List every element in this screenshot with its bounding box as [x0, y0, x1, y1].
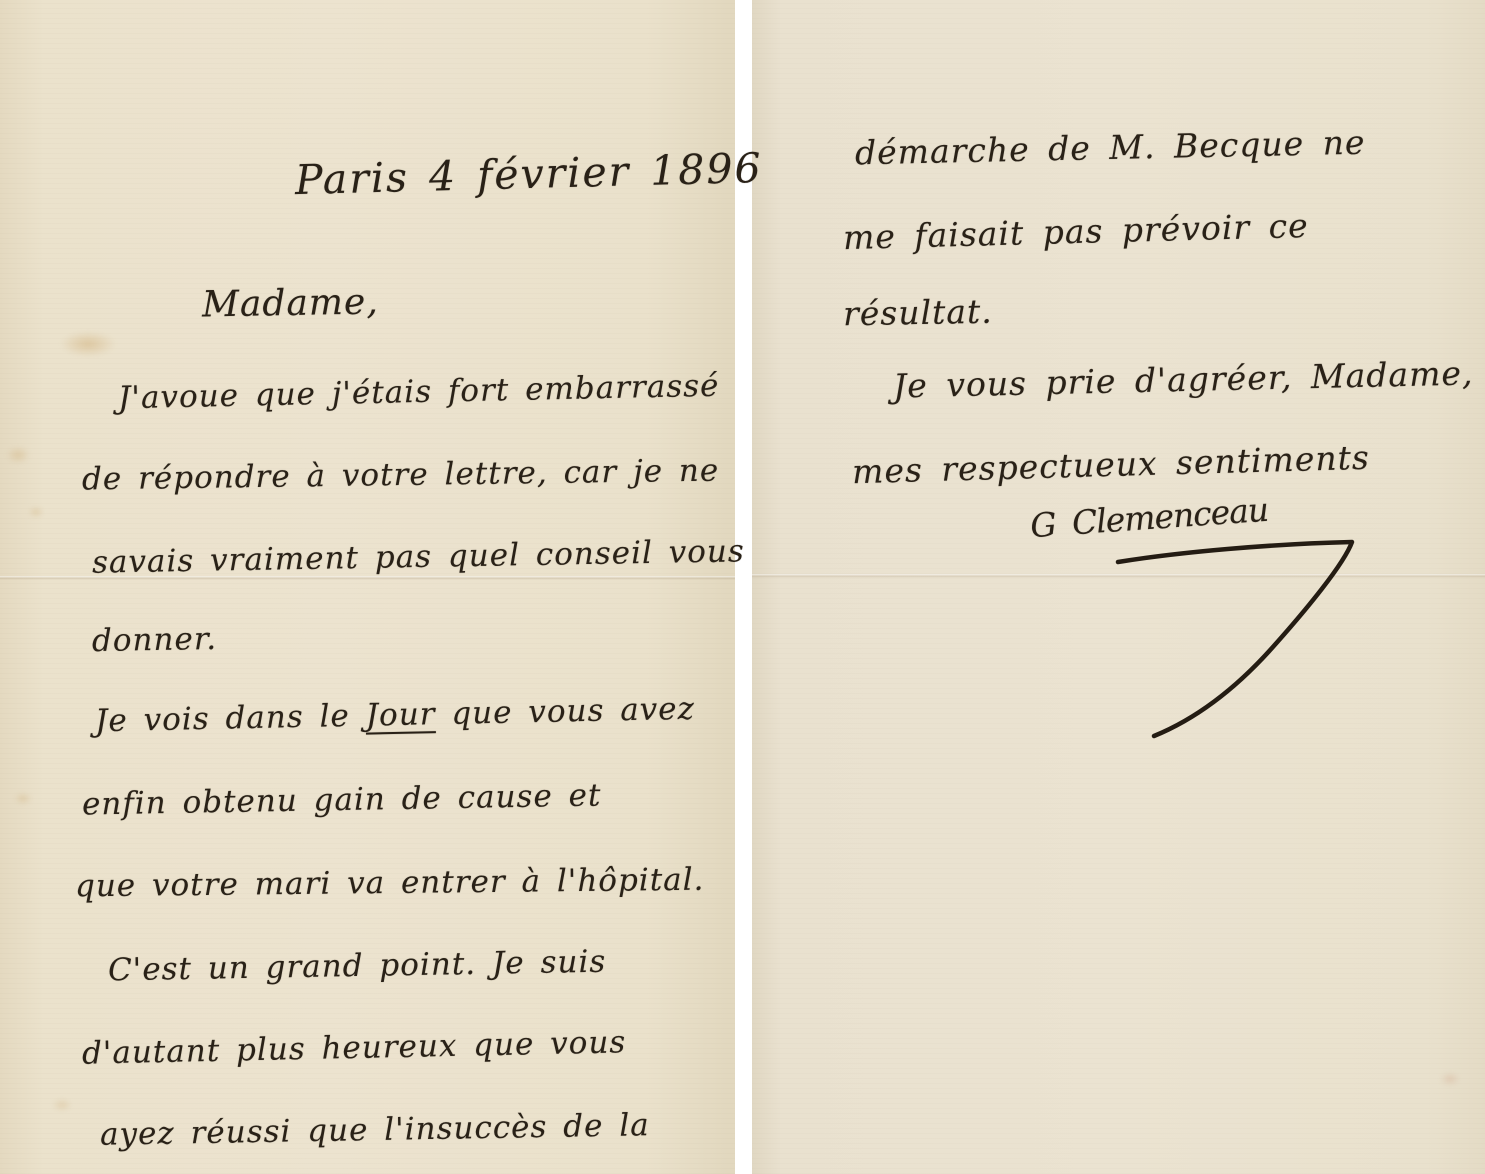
- paper-stain: [6, 446, 30, 464]
- handwriting-line: savais vraiment pas quel conseil vous: [92, 533, 745, 582]
- handwriting-line: démarche de M. Becque ne: [855, 123, 1366, 173]
- paper-stain: [1440, 1072, 1460, 1086]
- paper-stain: [52, 1098, 72, 1112]
- handwriting-line: J'avoue que j'étais fort embarrassé: [118, 368, 720, 418]
- signature-flourish-icon: [1100, 530, 1380, 750]
- date-line: Paris 4 février 1896: [294, 144, 763, 205]
- handwriting-line: que votre mari va entrer à l'hôpital.: [75, 862, 705, 906]
- paper-stain: [28, 506, 44, 518]
- paper-stain: [14, 792, 32, 805]
- handwriting-line: ayez réussi que l'insuccès de la: [100, 1107, 650, 1154]
- letter-page-2: démarche de M. Becque ne me faisait pas …: [752, 0, 1485, 1174]
- paper-stain: [60, 331, 116, 357]
- handwriting-line: Je vous prie d'agréer, Madame,: [893, 353, 1474, 406]
- handwriting-line: enfin obtenu gain de cause et: [82, 777, 602, 823]
- salutation: Madame,: [202, 280, 379, 326]
- handwriting-line: me faisait pas prévoir ce: [843, 206, 1310, 258]
- handwriting-line: donner.: [92, 621, 218, 660]
- handwriting-line: résultat.: [843, 292, 993, 334]
- handwriting-segment: que vous avez: [435, 691, 695, 732]
- handwriting-segment: Je vois dans le: [95, 698, 366, 740]
- handwriting-line: C'est un grand point. Je suis: [108, 944, 607, 990]
- handwriting-line: de répondre à votre lettre, car je ne: [82, 453, 720, 499]
- letter-scan: Paris 4 février 1896 Madame, J'avoue que…: [0, 0, 1485, 1174]
- underlined-word-jour: Jour: [365, 696, 436, 733]
- handwriting-line: d'autant plus heureux que vous: [82, 1024, 627, 1073]
- letter-page-1: Paris 4 février 1896 Madame, J'avoue que…: [0, 0, 735, 1174]
- handwriting-line: mes respectueux sentiments: [852, 438, 1371, 492]
- handwriting-line-jour: Je vois dans le Jour que vous avez: [95, 691, 696, 741]
